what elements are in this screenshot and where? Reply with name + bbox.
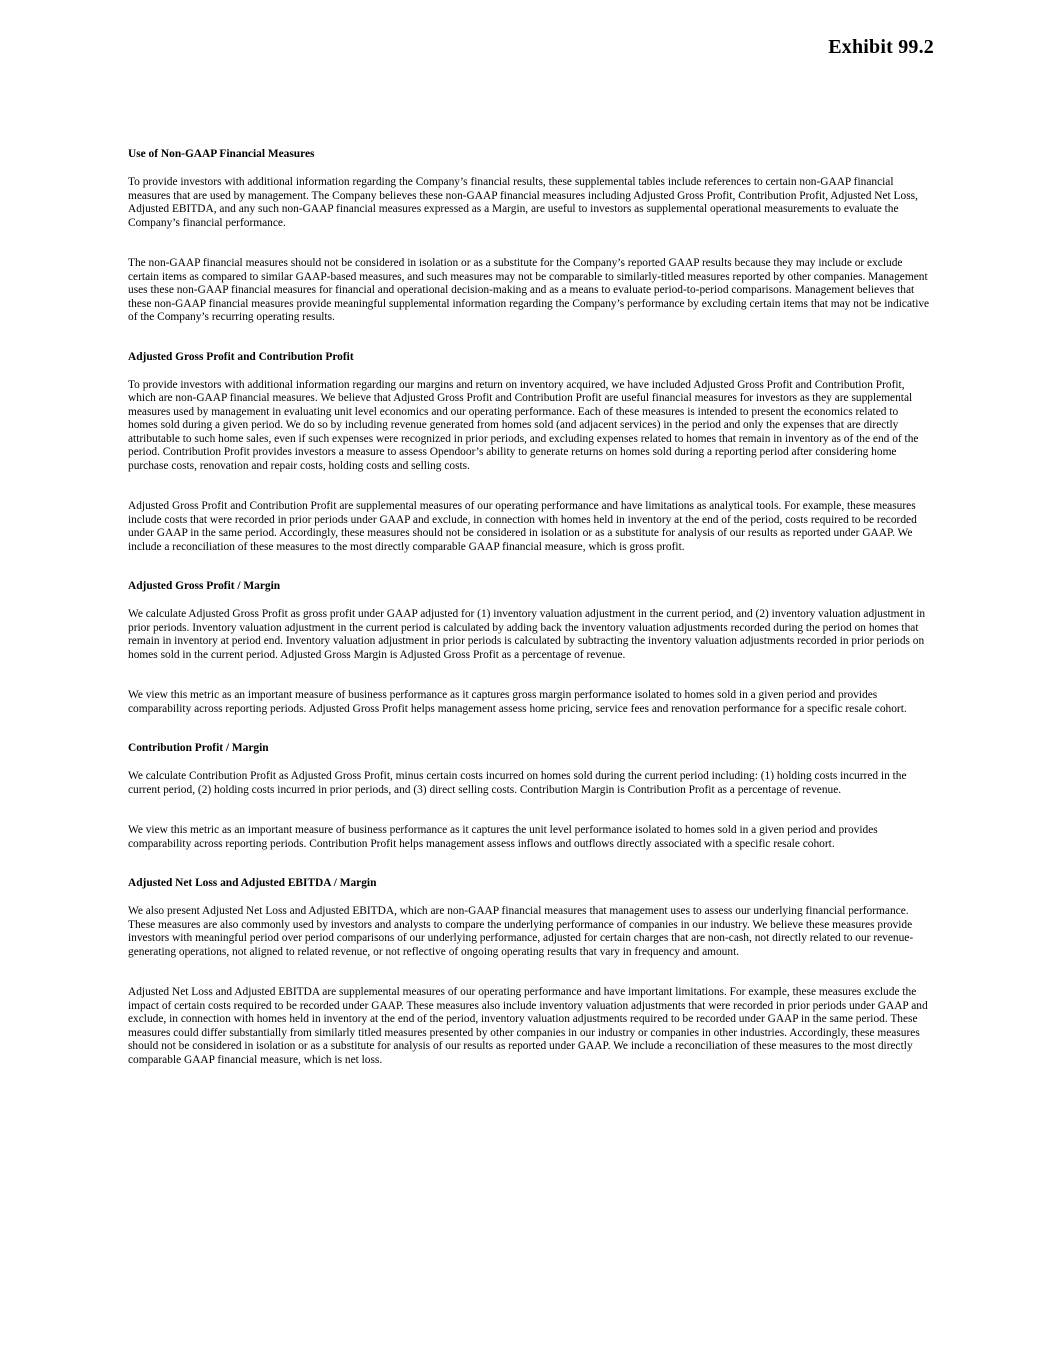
paragraph: We calculate Contribution Profit as Adju… — [128, 770, 930, 797]
section-adjusted-gross-profit-contribution-profit: Adjusted Gross Profit and Contribution P… — [128, 351, 930, 555]
paragraph: We also present Adjusted Net Loss and Ad… — [128, 905, 930, 959]
exhibit-label: Exhibit 99.2 — [828, 36, 934, 59]
paragraph: We calculate Adjusted Gross Profit as gr… — [128, 608, 930, 662]
paragraph: The non-GAAP financial measures should n… — [128, 257, 930, 325]
spacer — [128, 959, 930, 986]
section-heading: Contribution Profit / Margin — [128, 742, 930, 755]
paragraph: We view this metric as an important meas… — [128, 689, 930, 716]
section-contribution-profit-margin: Contribution Profit / Margin We calculat… — [128, 742, 930, 851]
section-heading: Use of Non-GAAP Financial Measures — [128, 148, 930, 161]
paragraph: Adjusted Gross Profit and Contribution P… — [128, 500, 930, 554]
spacer — [128, 230, 930, 257]
section-adjusted-gross-profit-margin: Adjusted Gross Profit / Margin We calcul… — [128, 580, 930, 716]
spacer — [128, 851, 930, 877]
spacer — [128, 716, 930, 742]
spacer — [128, 325, 930, 351]
spacer — [128, 554, 930, 580]
section-non-gaap-measures: Use of Non-GAAP Financial Measures To pr… — [128, 148, 930, 325]
paragraph: To provide investors with additional inf… — [128, 379, 930, 474]
spacer — [128, 473, 930, 500]
paragraph: We view this metric as an important meas… — [128, 824, 930, 851]
paragraph: Adjusted Net Loss and Adjusted EBITDA ar… — [128, 986, 930, 1067]
section-heading: Adjusted Gross Profit / Margin — [128, 580, 930, 593]
spacer — [128, 797, 930, 824]
paragraph: To provide investors with additional inf… — [128, 176, 930, 230]
section-heading: Adjusted Net Loss and Adjusted EBITDA / … — [128, 877, 930, 890]
document-body: Use of Non-GAAP Financial Measures To pr… — [128, 148, 930, 1067]
section-adjusted-net-loss-ebitda: Adjusted Net Loss and Adjusted EBITDA / … — [128, 877, 930, 1067]
section-heading: Adjusted Gross Profit and Contribution P… — [128, 351, 930, 364]
spacer — [128, 662, 930, 689]
